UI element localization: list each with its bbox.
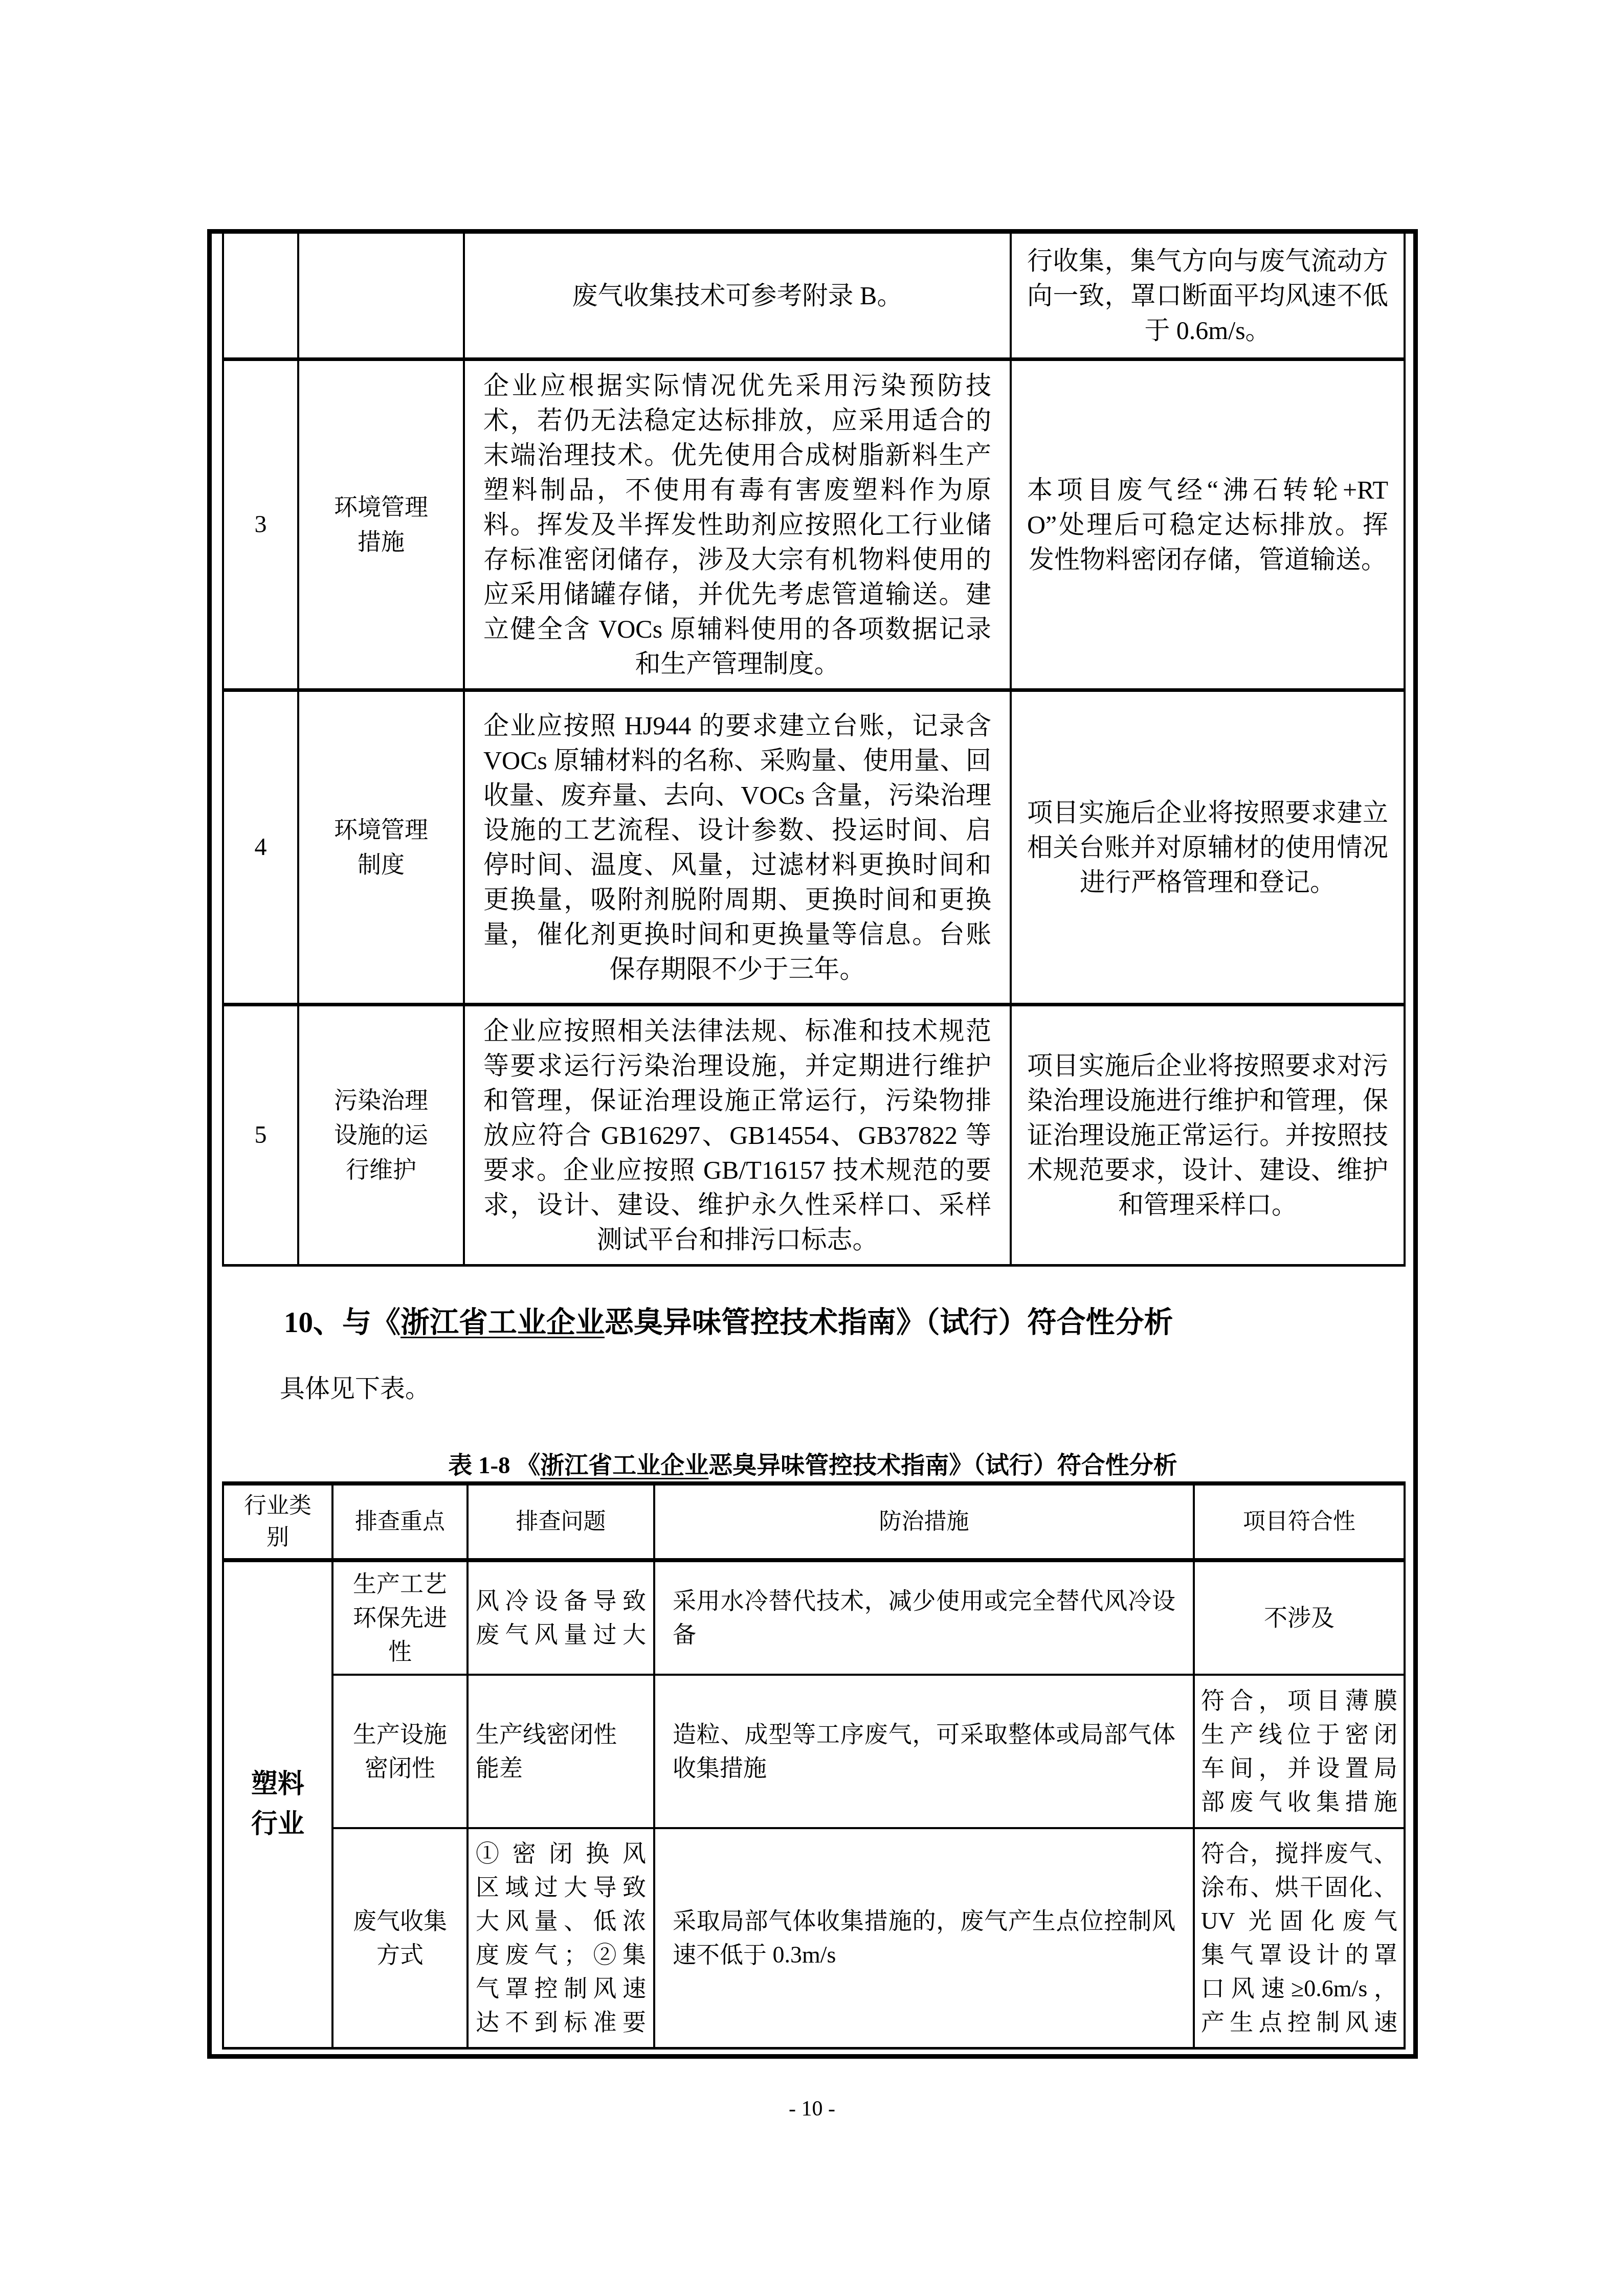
- section-heading-pre: 10、与《: [284, 1307, 401, 1339]
- intro-text: 具体见下表。: [280, 1373, 1303, 1405]
- problem-cell: 风冷设备导致 废气风量过大: [468, 1560, 654, 1675]
- row-number-cell: 4: [223, 690, 298, 1004]
- compliance-cell: 不涉及: [1194, 1560, 1405, 1675]
- table-title: 表 1-8 《浙江省工业企业恶臭异味管控技术指南》（试行）符合性分析: [222, 1446, 1404, 1480]
- measures-cell: 采用水冷替代技术，减少使用或完全替代风冷设备: [654, 1560, 1194, 1675]
- problem-cell: ①密闭换风 区域过大导致 大风量、低浓 度废气；②集 气罩控制风速 达不到标准要: [468, 1828, 654, 2048]
- section-heading-underlined: 浙江省工业企业: [401, 1307, 605, 1339]
- focus-cell: 生产工艺 环保先进 性: [332, 1560, 468, 1675]
- header-control-measures: 防治措施: [654, 1483, 1194, 1560]
- compliance-cell: 项目实施后企业将按照要求对污染治理设施进行维护和管理，保证治理设施正常运行。并按…: [1011, 1004, 1405, 1265]
- industry-category-cell: 塑料 行业: [223, 1560, 332, 2048]
- row-label-cell: 污染治理 设施的运 行维护: [298, 1004, 464, 1265]
- table-row: 5 污染治理 设施的运 行维护 企业应按照相关法律法规、标准和技术规范等要求运行…: [223, 1004, 1405, 1265]
- problem-cell: 生产线密闭性 能差: [468, 1675, 654, 1828]
- table-row: 废气收集技术可参考附录 B。 行收集，集气方向与废气流动方向一致，罩口断面平均风…: [223, 234, 1405, 359]
- table-title-pre: 表 1-8 《: [448, 1452, 540, 1479]
- focus-cell: 废气收集 方式: [332, 1828, 468, 2048]
- requirement-cell: 废气收集技术可参考附录 B。: [464, 234, 1011, 359]
- section-heading-post: 恶臭异味管控技术指南》（试行）符合性分析: [605, 1307, 1173, 1339]
- header-project-compliance: 项目符合性: [1194, 1483, 1405, 1560]
- row-label-cell: [298, 234, 464, 359]
- header-inspection-problem: 排查问题: [468, 1483, 654, 1560]
- compliance-cell: 行收集，集气方向与废气流动方向一致，罩口断面平均风速不低于 0.6m/s。: [1011, 234, 1405, 359]
- row-number-cell: 5: [223, 1004, 298, 1265]
- measures-cell: 造粒、成型等工序废气，可采取整体或局部气体收集措施: [654, 1675, 1194, 1828]
- document-page: 废气收集技术可参考附录 B。 行收集，集气方向与废气流动方向一致，罩口断面平均风…: [0, 0, 1624, 2296]
- focus-cell: 生产设施 密闭性: [332, 1675, 468, 1828]
- table-title-post: 恶臭异味管控技术指南》（试行）符合性分析: [708, 1452, 1177, 1479]
- row-number-cell: [223, 234, 298, 359]
- table-row: 3 环境管理 措施 企业应根据实际情况优先采用污染预防技术，若仍无法稳定达标排放…: [223, 359, 1405, 690]
- requirement-cell: 企业应按照相关法律法规、标准和技术规范等要求运行污染治理设施，并定期进行维护和管…: [464, 1004, 1011, 1265]
- compliance-cell: 本项目废气经“沸石转轮+RTO”处理后可稳定达标排放。挥发性物料密闭存储，管道输…: [1011, 359, 1405, 690]
- row-label-cell: 环境管理 措施: [298, 359, 464, 690]
- requirement-cell: 企业应根据实际情况优先采用污染预防技术，若仍无法稳定达标排放，应采用适合的末端治…: [464, 359, 1011, 690]
- measures-cell: 采取局部气体收集措施的，废气产生点位控制风速不低于 0.3m/s: [654, 1828, 1194, 2048]
- row-number-cell: 3: [223, 359, 298, 690]
- table-row: 生产设施 密闭性 生产线密闭性 能差 造粒、成型等工序废气，可采取整体或局部气体…: [223, 1675, 1405, 1828]
- header-industry-category: 行业类 别: [223, 1483, 332, 1560]
- compliance-cell: 符合，搅拌废气、 涂布、烘干固化、 UV 光固化废气 集气罩设计的罩 口风速≥0…: [1194, 1828, 1405, 2048]
- table-row: 塑料 行业 生产工艺 环保先进 性 风冷设备导致 废气风量过大 采用水冷替代技术…: [223, 1560, 1405, 1675]
- requirement-cell: 企业应按照 HJ944 的要求建立台账，记录含 VOCs 原辅材料的名称、采购量…: [464, 690, 1011, 1004]
- table-row: 4 环境管理 制度 企业应按照 HJ944 的要求建立台账，记录含 VOCs 原…: [223, 690, 1405, 1004]
- table-header-row: 行业类 别 排查重点 排查问题 防治措施 项目符合性: [223, 1483, 1405, 1560]
- table-title-underlined: 浙江省工业企业: [540, 1452, 708, 1479]
- odor-guideline-table: 行业类 别 排查重点 排查问题 防治措施 项目符合性 塑料 行业 生产工艺 环保…: [222, 1481, 1406, 2050]
- section-heading: 10、与《浙江省工业企业恶臭异味管控技术指南》（试行）符合性分析: [284, 1304, 1358, 1342]
- row-label-cell: 环境管理 制度: [298, 690, 464, 1004]
- compliance-table-continued: 废气收集技术可参考附录 B。 行收集，集气方向与废气流动方向一致，罩口断面平均风…: [222, 234, 1406, 1267]
- compliance-cell: 符合，项目薄膜 生产线位于密闭 车间，并设置局 部废气收集措施: [1194, 1675, 1405, 1828]
- page-number: - 10 -: [0, 2097, 1624, 2121]
- header-inspection-focus: 排查重点: [332, 1483, 468, 1560]
- table-row: 废气收集 方式 ①密闭换风 区域过大导致 大风量、低浓 度废气；②集 气罩控制风…: [223, 1828, 1405, 2048]
- compliance-cell: 项目实施后企业将按照要求建立相关台账并对原辅材的使用情况进行严格管理和登记。: [1011, 690, 1405, 1004]
